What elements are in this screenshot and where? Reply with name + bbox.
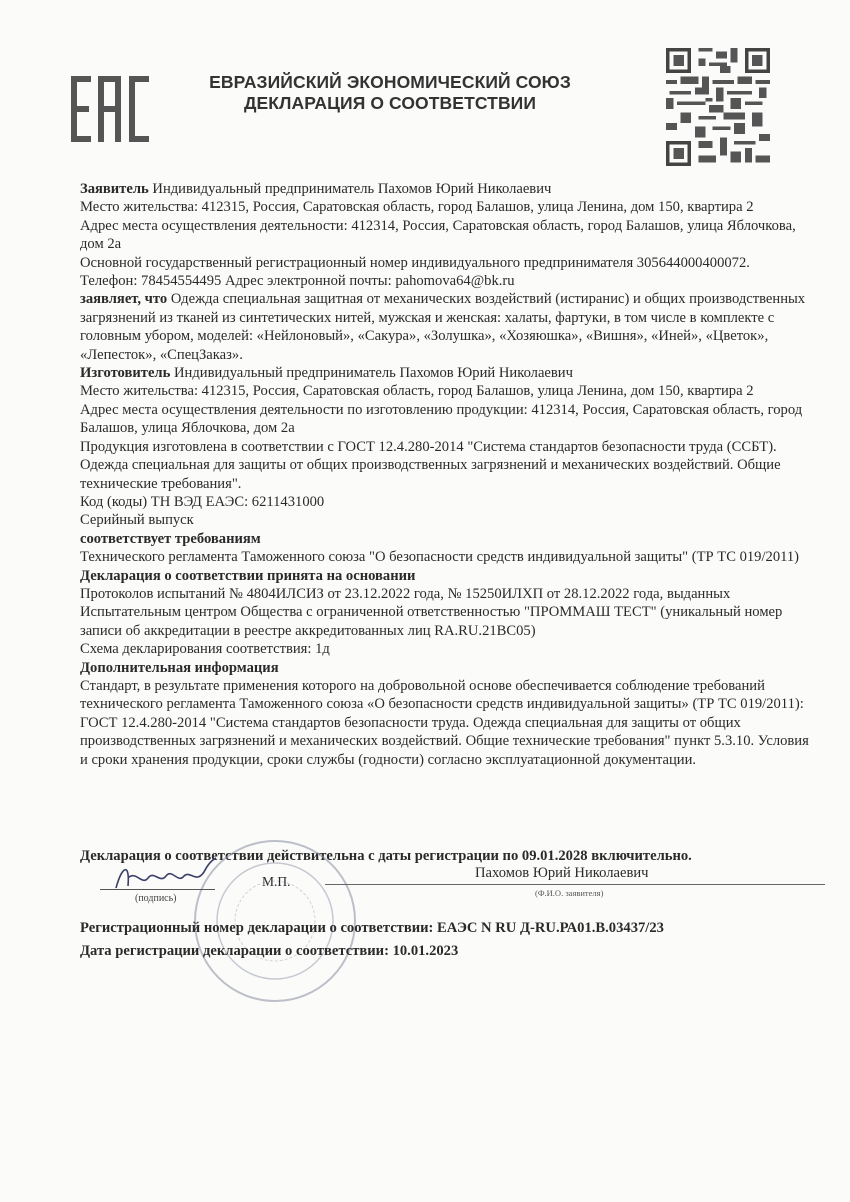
applicant-label: Заявитель xyxy=(80,181,149,197)
declaration-scheme: Схема декларирования соответствия: 1д xyxy=(80,640,820,658)
basis-text: Протоколов испытаний № 4804ИЛСИЗ от 23.1… xyxy=(80,585,820,640)
union-title: ЕВРАЗИЙСКИЙ ЭКОНОМИЧЕСКИЙ СОЮЗ xyxy=(200,72,580,93)
eac-logo-icon xyxy=(71,76,151,142)
declares-line: заявляет, что Одежда специальная защитна… xyxy=(80,290,820,364)
applicant-activity-address: Адрес места осуществления деятельности: … xyxy=(80,217,820,254)
product-description: Одежда специальная защитная от механичес… xyxy=(80,291,805,362)
document-title: ДЕКЛАРАЦИЯ О СООТВЕТСТВИИ xyxy=(200,93,580,114)
applicant-line: Заявитель Индивидуальный предприниматель… xyxy=(80,180,820,198)
applicant-residence: Место жительства: 412315, Россия, Сарато… xyxy=(80,198,820,216)
additional-info-text: Стандарт, в результате применения которо… xyxy=(80,677,820,769)
registration-number: Регистрационный номер декларации о соотв… xyxy=(80,920,664,937)
manufacturer-name: Индивидуальный предприниматель Пахомов Ю… xyxy=(170,365,573,381)
registration-date: Дата регистрации декларации о соответств… xyxy=(80,943,458,960)
signature-line xyxy=(100,889,215,890)
manufacturer-label: Изготовитель xyxy=(80,365,170,381)
signer-name: Пахомов Юрий Николаевич xyxy=(475,865,649,882)
signer-caption: (Ф.И.О. заявителя) xyxy=(535,888,603,898)
signer-name-line xyxy=(325,884,825,885)
applicant-ogrnip: Основной государственный регистрационный… xyxy=(80,254,820,272)
declares-label: заявляет, что xyxy=(80,291,167,307)
production-type: Серийный выпуск xyxy=(80,511,820,529)
applicant-contacts: Телефон: 78454554495 Адрес электронной п… xyxy=(80,272,820,290)
additional-info-label: Дополнительная информация xyxy=(80,659,820,677)
manufacturer-residence: Место жительства: 412315, Россия, Сарато… xyxy=(80,382,820,400)
tnved-code: Код (коды) ТН ВЭД ЕАЭС: 6211431000 xyxy=(80,493,820,511)
applicant-name: Индивидуальный предприниматель Пахомов Ю… xyxy=(149,181,552,197)
signature-caption: (подпись) xyxy=(135,893,177,904)
document-header: ЕВРАЗИЙСКИЙ ЭКОНОМИЧЕСКИЙ СОЮЗ ДЕКЛАРАЦИ… xyxy=(200,72,580,114)
declaration-body: Заявитель Индивидуальный предприниматель… xyxy=(80,180,820,769)
manufacturer-production-address: Адрес места осуществления деятельности п… xyxy=(80,401,820,438)
conformity-label: соответствует требованиям xyxy=(80,530,820,548)
manufacturer-standard: Продукция изготовлена в соответствии с Г… xyxy=(80,438,820,493)
manufacturer-line: Изготовитель Индивидуальный предпринимат… xyxy=(80,364,820,382)
qr-code-icon xyxy=(666,48,770,166)
conformity-text: Технического регламента Таможенного союз… xyxy=(80,548,820,566)
signature-icon xyxy=(108,856,223,896)
stamp-label: М.П. xyxy=(262,874,291,890)
basis-label: Декларация о соответствии принята на осн… xyxy=(80,567,820,585)
